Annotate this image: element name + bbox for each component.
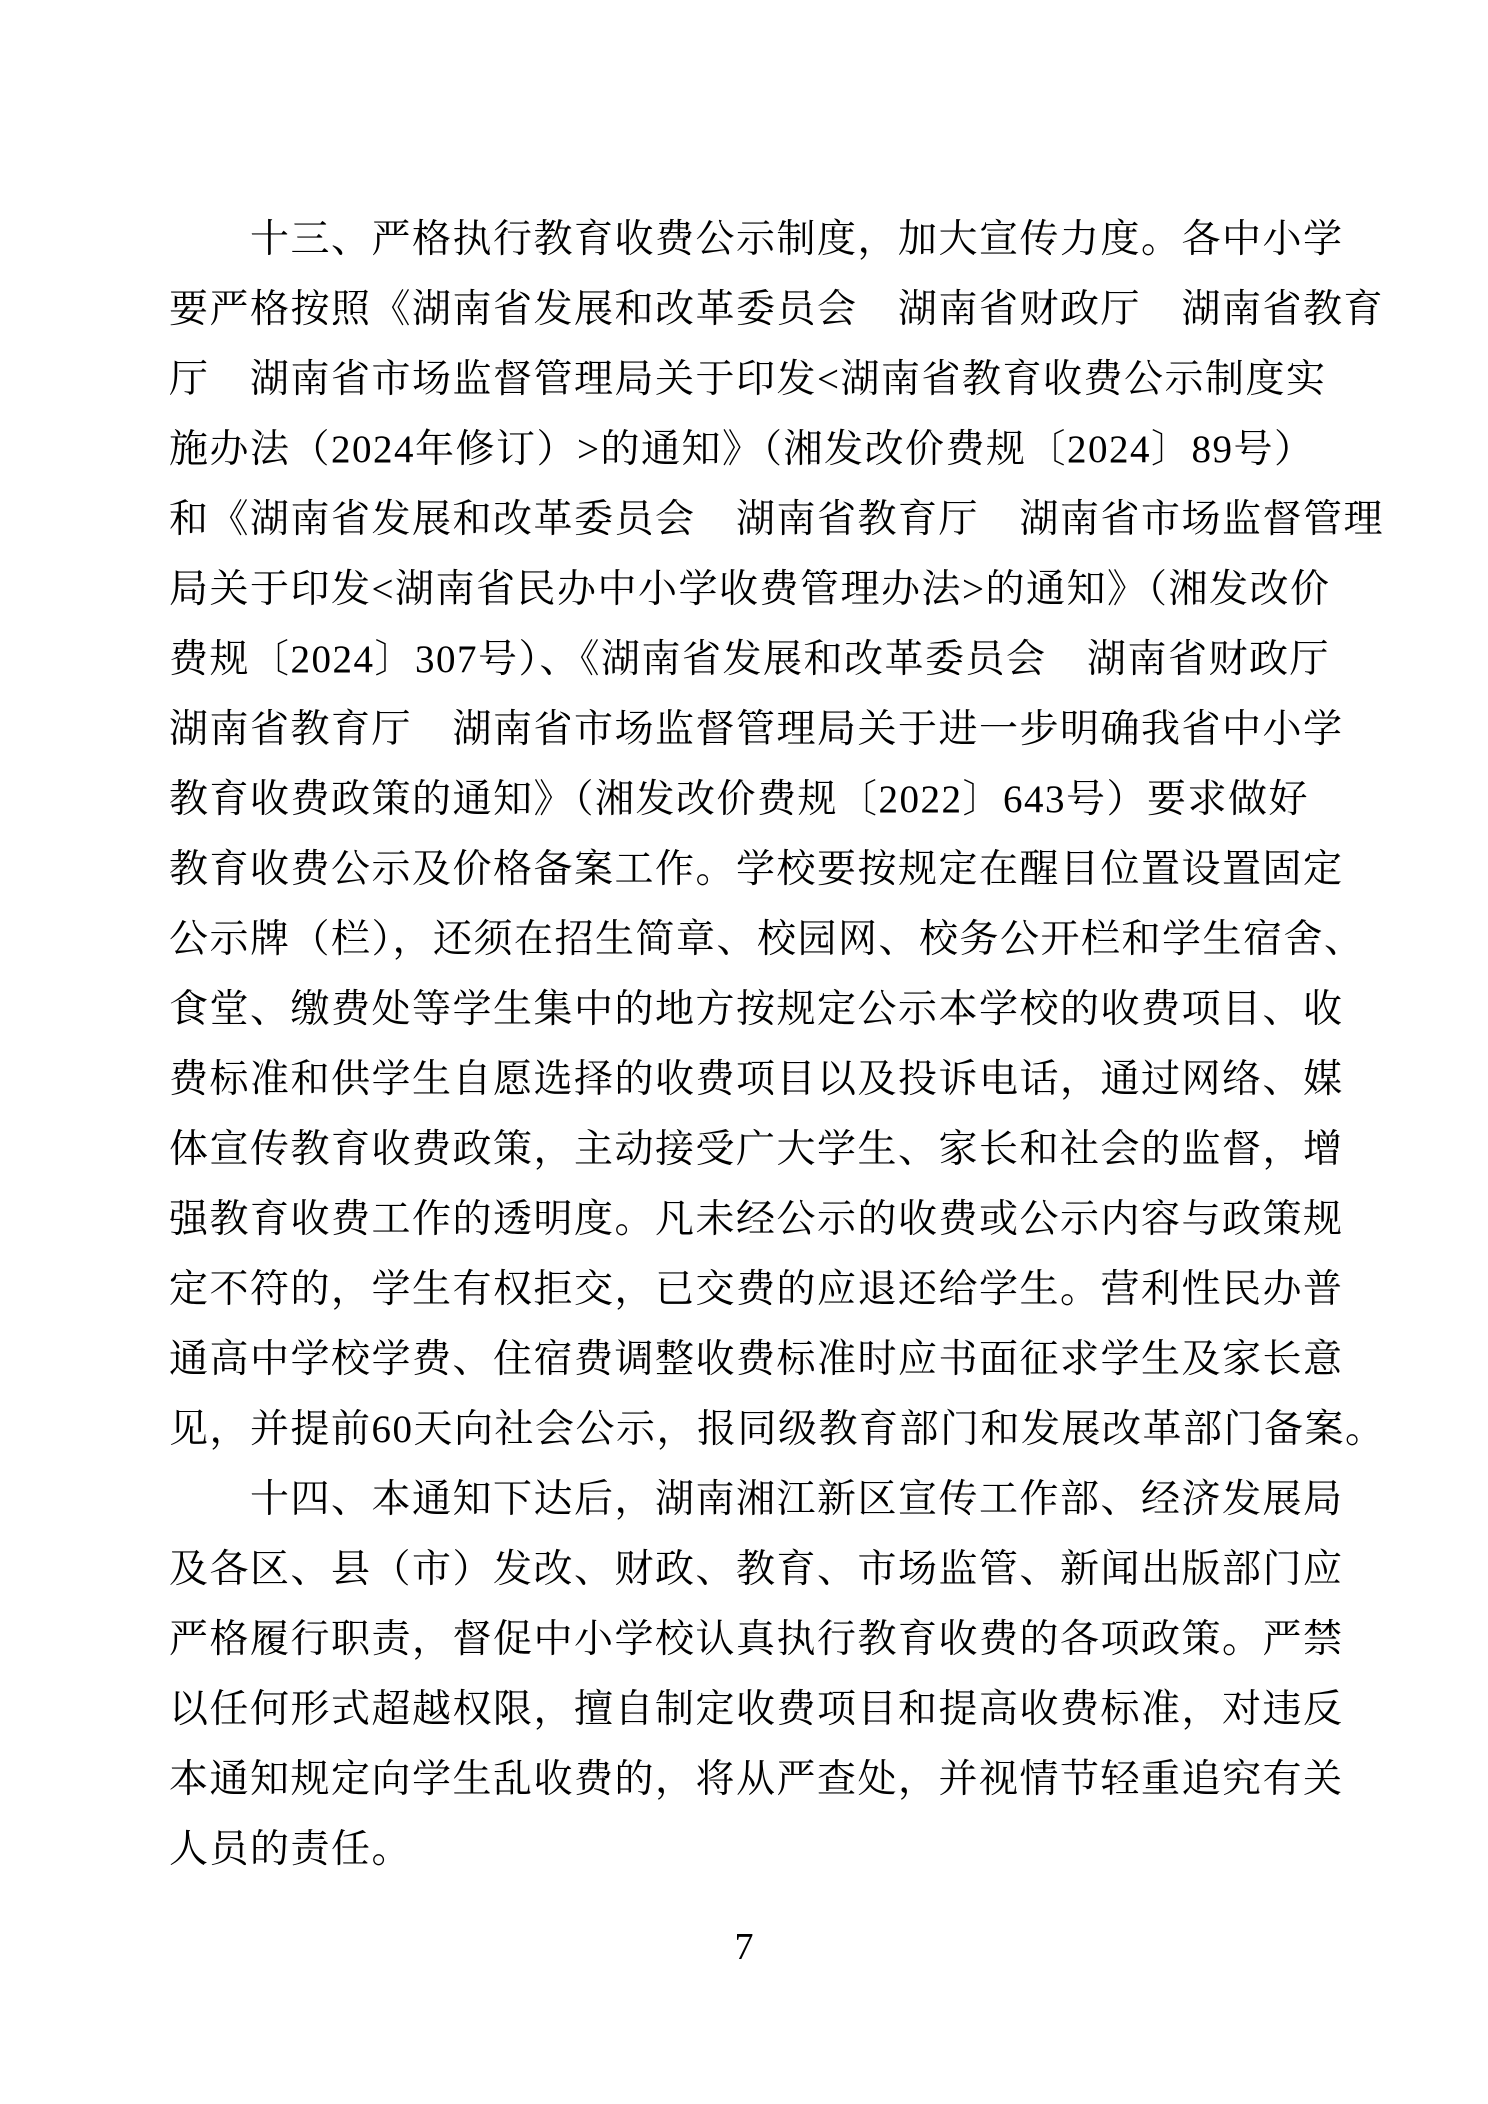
text-line: 体宣传教育收费政策，主动接受广大学生、家长和社会的监督，增 — [169, 1115, 1354, 1185]
text-line: 公示牌（栏），还须在招生简章、校园网、校务公开栏和学生宿舍、 — [169, 905, 1354, 975]
text-line: 施办法（2024年修订）>的通知》（湘发改价费规〔2024〕89号） — [169, 415, 1354, 485]
text-line: 强教育收费工作的透明度。凡未经公示的收费或公示内容与政策规 — [169, 1185, 1354, 1255]
text-line: 定不符的，学生有权拒交，已交费的应退还给学生。营利性民办普 — [169, 1255, 1354, 1325]
text-line: 本通知规定向学生乱收费的，将从严查处，并视情节轻重追究有关 — [169, 1745, 1354, 1815]
document-body: 十三、严格执行教育收费公示制度，加大宣传力度。各中小学 要严格按照《湖南省发展和… — [169, 205, 1354, 1885]
text-line: 见，并提前60天向社会公示，报同级教育部门和发展改革部门备案。 — [169, 1395, 1354, 1465]
text-line: 教育收费公示及价格备案工作。学校要按规定在醒目位置设置固定 — [169, 835, 1354, 905]
text-line: 十三、严格执行教育收费公示制度，加大宣传力度。各中小学 — [169, 205, 1354, 275]
text-line: 严格履行职责，督促中小学校认真执行教育收费的各项政策。严禁 — [169, 1605, 1354, 1675]
text-line: 食堂、缴费处等学生集中的地方按规定公示本学校的收费项目、收 — [169, 975, 1354, 1045]
document-page: 十三、严格执行教育收费公示制度，加大宣传力度。各中小学 要严格按照《湖南省发展和… — [0, 0, 1488, 2104]
text-line: 费规〔2024〕307号）、《湖南省发展和改革委员会 湖南省财政厅 — [169, 625, 1354, 695]
text-line: 湖南省教育厅 湖南省市场监督管理局关于进一步明确我省中小学 — [169, 695, 1354, 765]
text-line: 费标准和供学生自愿选择的收费项目以及投诉电话，通过网络、媒 — [169, 1045, 1354, 1115]
text-line: 局关于印发<湖南省民办中小学收费管理办法>的通知》（湘发改价 — [169, 555, 1354, 625]
text-line: 人员的责任。 — [169, 1815, 1354, 1885]
page-number: 7 — [0, 1922, 1488, 1972]
text-line: 通高中学校学费、住宿费调整收费标准时应书面征求学生及家长意 — [169, 1325, 1354, 1395]
text-line: 及各区、县（市）发改、财政、教育、市场监管、新闻出版部门应 — [169, 1535, 1354, 1605]
text-line: 厅 湖南省市场监督管理局关于印发<湖南省教育收费公示制度实 — [169, 345, 1354, 415]
text-line: 十四、本通知下达后，湖南湘江新区宣传工作部、经济发展局 — [169, 1465, 1354, 1535]
text-line: 要严格按照《湖南省发展和改革委员会 湖南省财政厅 湖南省教育 — [169, 275, 1354, 345]
text-line: 教育收费政策的通知》（湘发改价费规〔2022〕643号）要求做好 — [169, 765, 1354, 835]
text-line: 和《湖南省发展和改革委员会 湖南省教育厅 湖南省市场监督管理 — [169, 485, 1354, 555]
text-line: 以任何形式超越权限，擅自制定收费项目和提高收费标准，对违反 — [169, 1675, 1354, 1745]
